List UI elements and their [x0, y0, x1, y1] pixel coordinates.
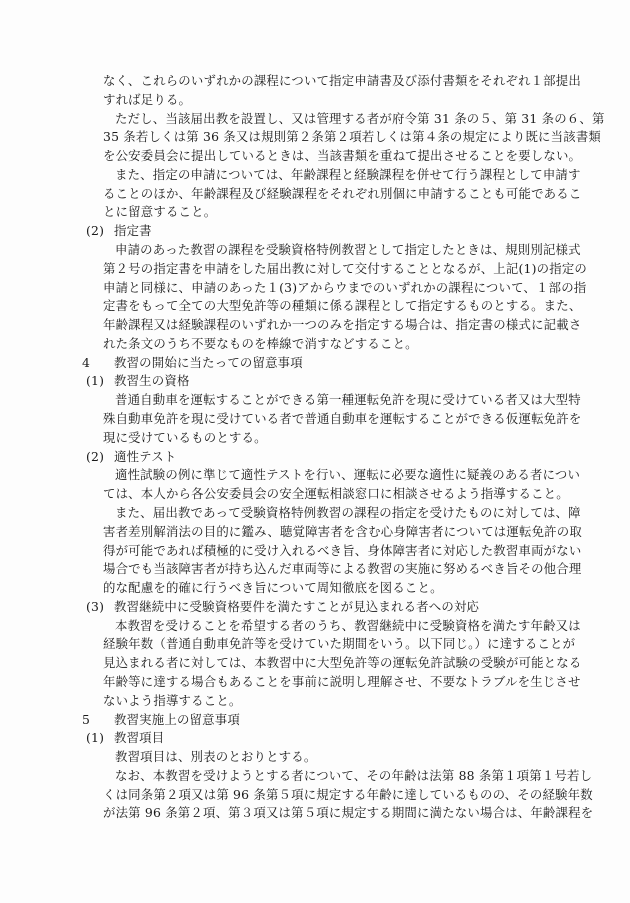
subsection-title: 適性テスト: [114, 449, 176, 464]
section-heading: 5教習実施上の留意事項: [82, 711, 240, 730]
subsection-number: (1): [86, 729, 114, 748]
paragraph-start-line: ただし、当該届出教を設置し、又は管理する者が府令第 31 条の５、第 31 条の…: [115, 110, 605, 129]
section-heading: 4教習の開始に当たっての留意事項: [82, 354, 303, 373]
body-text-line: 年齢等に達する場合もあることを事前に説明し理解させ、不要なトラブルを生じさせ: [103, 673, 581, 692]
paragraph-start-line: また、指定の申請については、年齢課程と経験課程を併せて行う課程として申請す: [115, 166, 581, 185]
body-text-line: くは同条第２項又は第 96 条第５項に規定する年齢に達しているものの、その経験年…: [103, 786, 593, 805]
body-text-line: 害者差別解消法の目的に鑑み、聴覚障害者を含む心身障害者については運転免許の取: [103, 523, 582, 542]
body-text-line: 第２号の指定書を申請をした届出教に対して交付することとなるが、上記(1)の指定の: [103, 260, 587, 279]
subsection-number: (3): [86, 598, 114, 617]
body-text-line: 得が可能であれば積極的に受け入れるべき旨、身体障害者に対応した教習車両がない: [103, 542, 581, 561]
subsection-heading: (2)適性テスト: [86, 448, 176, 467]
body-text-line: が法第 96 条第２項、第３項又は第５項に規定する期間に満たない場合は、年齢課程…: [103, 804, 593, 823]
subsection-title: 教習生の資格: [114, 373, 190, 388]
body-text-line: 殊自動車免許を現に受けている者で普通自動車を運転することができる仮運転免許を: [103, 410, 581, 429]
body-text-line: 現に受けているものとする。: [103, 429, 267, 448]
document-page: なく、これらのいずれかの課程について指定申請書及び添付書類をそれぞれ１部提出すれ…: [0, 0, 630, 903]
body-text-line: 場合でも当該障害者が持ち込んだ車両等による教習の実施に努めるべき旨その他合理: [103, 560, 581, 579]
subsection-title: 指定書: [114, 223, 152, 238]
body-text-line: 見込まれる者に対しては、本教習中に大型免許等の運転免許試験の受験が可能となる: [103, 654, 581, 673]
paragraph-start-line: 本教習を受けることを希望する者のうち、教習継続中に受験資格を満たす年齢又は: [115, 617, 581, 636]
body-text-line: とに留意すること。: [103, 203, 216, 222]
paragraph-start-line: また、届出教であって受験資格特例教習の課程の指定を受けたものに対しては、障: [115, 504, 581, 523]
body-text-line: すれば足りる。: [103, 91, 191, 110]
subsection-number: (2): [86, 448, 114, 467]
paragraph-start-line: 教習項目は、別表のとおりとする。: [115, 748, 316, 767]
section-title: 教習実施上の留意事項: [114, 712, 240, 727]
body-text-line: 経験年数（普通自動車免許等を受けていた期間をいう。以下同じ。）に達することが: [103, 635, 575, 654]
paragraph-start-line: 普通自動車を運転することができる第一種運転免許を現に受けている者又は大型特: [115, 391, 581, 410]
section-title: 教習の開始に当たっての留意事項: [114, 355, 303, 370]
body-text-line: ては、本人から各公安委員会の安全運転相談窓口に相談させるよう指導すること。: [103, 485, 569, 504]
subsection-heading: (1)教習生の資格: [86, 372, 190, 391]
section-number: 5: [82, 711, 114, 730]
body-text-line: 年齢課程又は経験課程のいずれか一つのみを指定する場合は、指定書の様式に記載さ: [103, 316, 581, 335]
body-text-line: ることのほか、年齢課程及び経験課程をそれぞれ別個に申請することも可能であるこ: [103, 185, 581, 204]
body-text-line: 35 条若しくは第 36 条又は規則第２条第２項若しくは第４条の規定により既に当…: [103, 128, 601, 147]
paragraph-start-line: なお、本教習を受けようとする者について、その年齢は法第 88 条第１項第１号若し: [115, 767, 592, 786]
body-text-line: 的な配慮を的確に行うべき旨について周知徹底を図ること。: [103, 579, 443, 598]
subsection-number: (1): [86, 372, 114, 391]
body-text-line: れた条文のうち不要なものを棒線で消すなどすること。: [103, 335, 418, 354]
subsection-number: (2): [86, 222, 114, 241]
paragraph-start-line: 適性試験の例に準じて適性テストを行い、運転に必要な適性に疑義のある者につい: [115, 466, 580, 485]
body-text-line: 定書をもって全ての大型免許等の種類に係る課程として指定するものとする。また、: [103, 297, 581, 316]
body-text-line: 申請と同様に、申請のあった１(3)アからウまでのいずれかの課程について、１部の指: [103, 279, 586, 298]
paragraph-start-line: 申請のあった教習の課程を受験資格特例教習として指定したときは、規則別記様式: [115, 241, 581, 260]
subsection-title: 教習項目: [114, 730, 164, 745]
section-number: 4: [82, 354, 114, 373]
body-text-line: ないよう指導すること。: [103, 692, 242, 711]
subsection-heading: (3)教習継続中に受験資格要件を満たすことが見込まれる者への対応: [86, 598, 479, 617]
subsection-heading: (2)指定書: [86, 222, 152, 241]
body-text-line: を公安委員会に提出しているときは、当該書類を重ねて提出させることを要しない。: [103, 147, 581, 166]
subsection-title: 教習継続中に受験資格要件を満たすことが見込まれる者への対応: [114, 599, 479, 614]
subsection-heading: (1)教習項目: [86, 729, 164, 748]
body-text-line: なく、これらのいずれかの課程について指定申請書及び添付書類をそれぞれ１部提出: [103, 72, 581, 91]
